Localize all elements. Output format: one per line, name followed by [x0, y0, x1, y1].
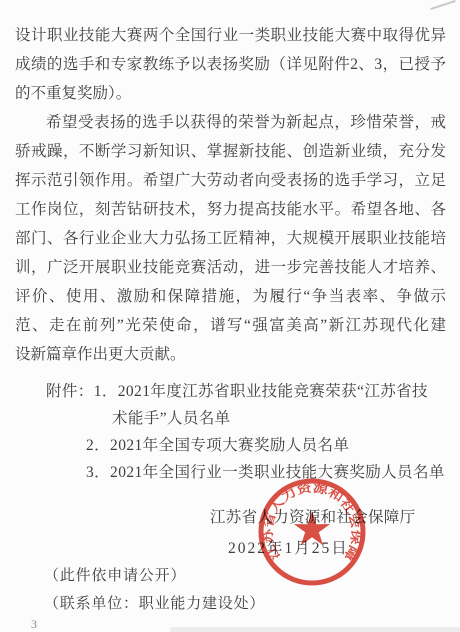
body-paragraph: 设计职业技能大赛两个全国行业一类职业技能大赛中取得优异 成绩的选手和专家教练予以… — [15, 21, 446, 369]
note-contact-unit: （联系单位：职业能力建设处） — [44, 594, 265, 614]
body-line: 设新篇章作出更大贡献。 — [15, 340, 446, 369]
scan-artifact-bottom-smudge — [170, 627, 460, 632]
attachment-label: 附件： — [46, 383, 94, 400]
body-line: 范、走在前列”光荣使命，谱写“强富美高”新江苏现代化建 — [15, 311, 446, 340]
seal-arc-text: 江苏省人力资源和社会保障厅 — [252, 472, 365, 564]
page-number: 3 — [31, 617, 37, 632]
body-line: 成绩的选手和专家教练予以表扬奖励（详见附件2、3，已授予 — [15, 50, 446, 79]
attachment-item-1-wrap: 术能手”人员名单 — [112, 405, 446, 432]
document-page: 设计职业技能大赛两个全国行业一类职业技能大赛中取得优异 成绩的选手和专家教练予以… — [0, 0, 460, 632]
body-line: 训，广泛开展职业技能竞赛活动，进一步完善技能人才培养、 — [15, 253, 446, 282]
note-public-disclosure: （此件依申请公开） — [44, 566, 186, 586]
attachment-item-1-text: 1．2021年度江苏省职业技能竞赛荣获“江苏省技 — [94, 383, 428, 400]
attachment-item-2: 2．2021年全国专项大赛奖励人员名单 — [86, 432, 446, 459]
official-seal: 江苏省人力资源和社会保障厅 — [252, 472, 372, 592]
body-line: 部门、各行业企业大力弘扬工匠精神，大规模开展职业技能培 — [15, 224, 446, 253]
body-line: 希望受表扬的选手以获得的荣誉为新起点，珍惜荣誉，戒 — [15, 108, 446, 137]
body-line: 评价、使用、激励和保障措施，为履行“争当表率、争做示 — [15, 282, 446, 311]
scan-artifact-corner-mark — [430, 0, 455, 10]
body-line: 的不重复奖励）。 — [15, 79, 446, 108]
body-line: 设计职业技能大赛两个全国行业一类职业技能大赛中取得优异 — [15, 21, 446, 50]
attachment-item-1: 附件：1．2021年度江苏省职业技能竞赛荣获“江苏省技 — [46, 378, 446, 405]
body-line: 挥示范引领作用。希望广大劳动者向受表扬的选手学习，立足 — [15, 166, 446, 195]
body-line: 工作岗位，刻苦钻研技术，努力提高技能水平。希望各地、各 — [15, 195, 446, 224]
body-line: 骄戒躁，不断学习新知识、掌握新技能、创造新业绩，充分发 — [15, 137, 446, 166]
attachment-list: 附件：1．2021年度江苏省职业技能竞赛荣获“江苏省技 术能手”人员名单 2．2… — [46, 378, 446, 486]
red-star-icon — [294, 511, 330, 545]
